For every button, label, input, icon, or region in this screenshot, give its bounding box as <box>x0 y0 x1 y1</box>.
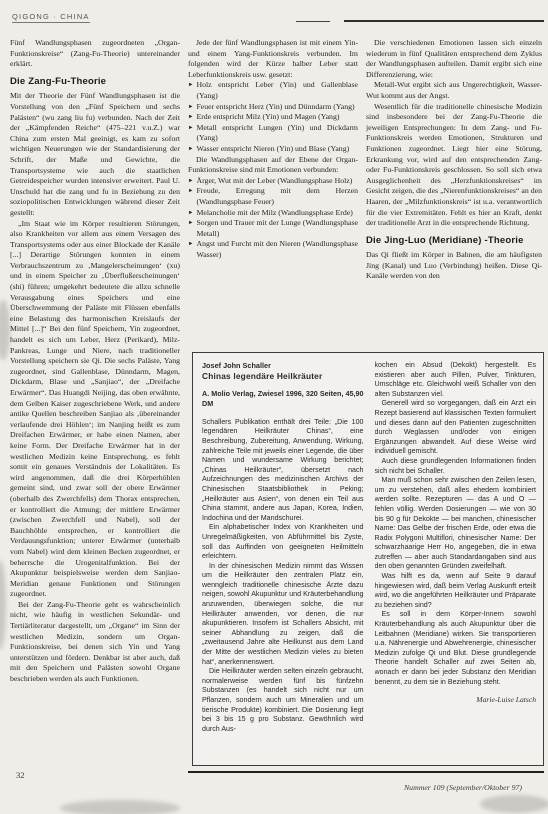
paragraph: Das Qi fließt im Körper in Bahnen, die a… <box>366 250 542 282</box>
review-paragraph: kochen ein Absud (Dekokt) hergestellt. E… <box>375 361 537 399</box>
scan-artifact <box>0 560 6 650</box>
bullet-item: ► Freude, Erregung mit dem Herzen (Wandl… <box>188 186 358 207</box>
triangle-bullet-icon: ► <box>188 123 193 144</box>
bullet-item: ► Wasser entspricht Nieren (Yin) und Bla… <box>188 144 358 155</box>
bullet-item: ► Metall entspricht Lungen (Yin) und Dic… <box>188 123 358 144</box>
paragraph: Mit der Theorie der Fünf Wandlungsphasen… <box>10 91 180 218</box>
paragraph: Wesentlich für die traditionelle chinesi… <box>366 102 542 229</box>
review-paragraph: Generell wird so vorgegangen, daß ein Ar… <box>375 399 537 457</box>
issue-footer: Nummer 109 (September/Oktober 97) <box>404 783 522 792</box>
bullet-text: Freude, Erregung mit dem Herzen (Wandlun… <box>196 186 358 207</box>
header-rule-long <box>344 20 544 22</box>
section-kicker: Qigong · China <box>12 12 90 23</box>
review-paragraph: In der chinesischen Medizin nimmt das Wi… <box>202 562 364 668</box>
paragraph: Metall-Wut ergibt sich aus Ungerechtigke… <box>366 80 542 101</box>
review-paragraph: Was hilft es da, wenn auf Seite 9 darauf… <box>375 572 537 610</box>
bullet-item: ► Holz entspricht Leber (Yin) und Gallen… <box>188 80 358 101</box>
triangle-bullet-icon: ► <box>188 80 193 101</box>
review-paragraph: Auch diese grundlegenden Informationen f… <box>375 457 537 476</box>
bullet-item: ► Erde entspricht Milz (Yin) und Magen (… <box>188 112 358 123</box>
paragraph: Die Wandlungsphasen auf der Ebene der Or… <box>188 155 358 176</box>
triangle-bullet-icon: ► <box>188 176 193 187</box>
article-column-left: Fünf Wandlungsphasen zugeordneten „Organ… <box>10 38 180 754</box>
paragraph: „Im Staat wie im Körper resultieren Stör… <box>10 219 180 600</box>
header-rule-short <box>296 21 330 22</box>
article-column-middle: Jede der fünf Wandlungsphasen ist mit ei… <box>188 38 358 350</box>
paragraph: Die verschiedenen Emotionen lassen sich … <box>366 38 542 80</box>
bullet-text: Erde entspricht Milz (Yin) und Magen (Ya… <box>196 112 358 123</box>
paragraph: Bei der Zang-Fu-Theorie geht es wahrsche… <box>10 600 180 685</box>
scan-artifact <box>60 800 180 814</box>
scan-artifact <box>0 300 10 360</box>
article-column-right: Die verschiedenen Emotionen lassen sich … <box>366 38 542 348</box>
heading-zang-fu-theorie: Die Zang-Fu-Theorie <box>10 77 180 88</box>
bullet-text: Metall entspricht Lungen (Yin) und Dickd… <box>196 123 358 144</box>
triangle-bullet-icon: ► <box>188 102 193 113</box>
review-paragraph: Man muß schon sehr zwischen den Zeilen l… <box>375 476 537 572</box>
heading-jing-luo-theorie: Die Jing-Luo (Meridiane) -Theorie <box>366 236 542 247</box>
bullet-text: Angst und Furcht mit den Nieren (Wandlun… <box>196 239 358 260</box>
scan-artifact <box>480 795 548 813</box>
paragraph: Jede der fünf Wandlungsphasen ist mit ei… <box>188 38 358 80</box>
bullet-item: ► Melancholie mit der Milz (Wandlungspha… <box>188 208 358 219</box>
triangle-bullet-icon: ► <box>188 208 193 219</box>
bullet-item: ► Angst und Furcht mit den Nieren (Wandl… <box>188 239 358 260</box>
review-paragraph: Die Heilkräuter werden selten einzeln ge… <box>202 667 364 734</box>
triangle-bullet-icon: ► <box>188 239 193 260</box>
bullet-text: Melancholie mit der Milz (Wandlungsphase… <box>196 208 358 219</box>
bullet-text: Holz entspricht Leber (Yin) und Gallenbl… <box>196 80 358 101</box>
review-paragraph: Es soll in dem Körper-Innern sowohl Kräu… <box>375 610 537 687</box>
bullet-text: Feuer entspricht Herz (Yin) und Dünndarm… <box>196 102 358 113</box>
review-column-right: kochen ein Absud (Dekokt) hergestellt. E… <box>375 361 537 759</box>
review-column-left: Josef John Schaller Chinas legendäre Hei… <box>202 361 364 759</box>
paragraph: Fünf Wandlungsphasen zugeordneten „Organ… <box>10 38 180 70</box>
bullet-item: ► Feuer entspricht Herz (Yin) und Dünnda… <box>188 102 358 113</box>
bullet-item: ► Sorgen und Trauer mit der Lunge (Wandl… <box>188 218 358 239</box>
triangle-bullet-icon: ► <box>188 218 193 239</box>
footer-rule <box>188 771 544 773</box>
bullet-text: Ärger, Wut mit der Leber (Wandlungsphase… <box>196 176 358 187</box>
bullet-text: Wasser entspricht Nieren (Yin) und Blase… <box>196 144 358 155</box>
triangle-bullet-icon: ► <box>188 112 193 123</box>
bullet-item: ► Ärger, Wut mit der Leber (Wandlungspha… <box>188 176 358 187</box>
review-publisher-info: A. Molio Verlag, Zwiesel 1996, 320 Seite… <box>202 389 364 409</box>
page-number: 32 <box>16 770 25 780</box>
review-signature: Marie-Luise Latsch <box>375 695 537 705</box>
review-paragraph: Ein alphabetischer Index von Krankheiten… <box>202 523 364 561</box>
review-author: Josef John Schaller <box>202 361 364 371</box>
triangle-bullet-icon: ► <box>188 144 193 155</box>
bullet-text: Sorgen und Trauer mit der Lunge (Wandlun… <box>196 218 358 239</box>
review-book-title: Chinas legendäre Heilkräuter <box>202 372 364 382</box>
triangle-bullet-icon: ► <box>188 186 193 207</box>
review-paragraph: Schallers Publikation enthält drei Teile… <box>202 418 364 524</box>
scanned-magazine-page: Qigong · China Fünf Wandlungsphasen zuge… <box>0 0 548 814</box>
book-review-box: Josef John Schaller Chinas legendäre Hei… <box>192 352 544 766</box>
